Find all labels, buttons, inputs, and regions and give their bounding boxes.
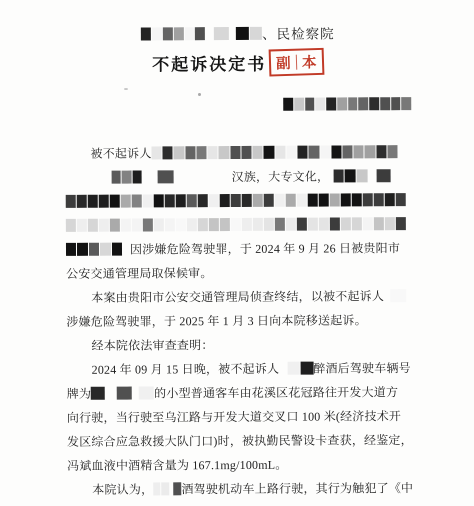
facts-line-1: 2024 年 09 月 15 日晚，被不起诉人醉酒后驾驶车辆号 [67, 355, 413, 381]
spacer [367, 175, 376, 176]
redaction-block [66, 217, 406, 232]
redaction-block [66, 242, 122, 255]
redacted-line-2 [66, 211, 412, 237]
bail-line: 公安交通管理局取保候审。 [66, 259, 412, 285]
title-line: 不起诉决定书 副 本 [65, 48, 411, 77]
transfer-line: 涉嫌危险驾驶罪，于 2025 年 1 月 3 日向本院移送起诉。 [66, 307, 412, 333]
spacer [122, 248, 130, 249]
blank-line [65, 115, 411, 141]
spacer [205, 33, 214, 34]
document-title: 不起诉决定书 [152, 50, 266, 76]
text-segment: 醉酒后驾驶车辆号 [313, 359, 411, 377]
facts-line-4: 发区综合应急救援大队门口)时，被执勤民警设卡查获，经鉴定， [67, 427, 413, 453]
spacer [142, 176, 158, 177]
facts-line-5: 冯斌血液中酒精含量为 167.1mg/100mL。 [67, 451, 413, 477]
stamp-char-right: 本 [302, 51, 317, 72]
text-segment: 向行驶，当行驶至乌江路与开发大道交叉口 100 米(经济技术开 [67, 407, 401, 426]
text-segment: 的小型普通客车由花溪区花冠路往开发大道方 [154, 383, 398, 401]
text-segment: 本院认为， [92, 480, 153, 497]
spacer [132, 392, 139, 393]
text-segment: 被不起诉人 [90, 144, 151, 161]
redaction-block [283, 97, 411, 111]
redaction-block [141, 27, 205, 40]
procuratorate-name-segments: 、民检察院 [141, 22, 335, 43]
spacer [279, 367, 287, 368]
text-segment: 公安交通管理局取保候审。 [66, 264, 212, 282]
redaction-block [139, 386, 154, 399]
spacer [105, 392, 117, 393]
redaction-block [287, 361, 313, 374]
text-segment: 酒驾驶机动车上路行驶，其行为触犯了《中 [181, 479, 413, 497]
stamp-divider [296, 55, 298, 70]
redaction-block [376, 169, 390, 182]
redaction-block [151, 145, 397, 159]
text-segment: 、民检察院 [262, 22, 335, 42]
case-origin-line: 本案由贵阳市公安交通管理局侦查终结，以被不起诉人 [66, 283, 412, 309]
redaction-block [173, 482, 182, 495]
text-segment: 因涉嫌危险驾驶罪，于 2024 年 9 月 26 日被贵阳市 [130, 239, 400, 257]
redaction-block [91, 386, 105, 399]
redaction-block [390, 289, 406, 302]
defendant-info-line: 汉族，大专文化， [66, 163, 412, 189]
redacted-line-1 [66, 187, 412, 213]
spacer [174, 176, 232, 177]
text-segment: 牌为 [67, 384, 91, 401]
redaction-block [158, 170, 174, 183]
document: 、民检察院 不起诉决定书 副 本 被不起诉人汉族，大专文化，因涉嫌危险驾驶罪，于… [0, 0, 474, 501]
procuratorate-header-line: 、民检察院 [65, 21, 411, 45]
text-segment: 冯斌血液中酒精含量为 167.1mg/100mL。 [67, 455, 287, 473]
scanned-document-page: 、民检察院 不起诉决定书 副 本 被不起诉人汉族，大专文化，因涉嫌危险驾驶罪，于… [0, 0, 474, 506]
facts-line-2: 牌为的小型普通客车由花溪区花冠路往开发大道方 [67, 379, 413, 405]
charge-line: 因涉嫌危险驾驶罪，于 2024 年 9 月 26 日被贵阳市 [66, 235, 412, 261]
spacer [229, 33, 236, 34]
text-segment: 汉族，大专文化， [232, 167, 330, 185]
redaction-block [66, 193, 406, 208]
doc-number-redacted-line [65, 91, 411, 117]
text-segment: 2024 年 09 月 15 日晚，被不起诉人 [92, 359, 280, 377]
text-segment: 经本院依法审查查明： [91, 336, 213, 354]
opinion-line: 本院认为，酒驾驶机动车上路行驶，其行为触犯了《中 [67, 475, 413, 501]
text-segment: 发区综合应急救援大队门口)时，被执勤民警设卡查获，经鉴定， [67, 431, 413, 450]
redaction-block [112, 170, 142, 183]
document-body: 被不起诉人汉族，大专文化，因涉嫌危险驾驶罪，于 2024 年 9 月 26 日被… [65, 91, 413, 501]
redaction-block [236, 26, 262, 39]
defendant-line: 被不起诉人 [65, 139, 411, 165]
redaction-block [333, 169, 367, 182]
redaction-block [153, 482, 169, 495]
review-line: 经本院依法审查查明： [66, 331, 412, 357]
spacer [66, 176, 112, 177]
text-segment: 本案由贵阳市公安交通管理局侦查终结，以被不起诉人 [91, 287, 384, 306]
redaction-block [117, 386, 132, 399]
stamp-char-left: 副 [276, 52, 291, 73]
text-segment: 涉嫌危险驾驶罪，于 2025 年 1 月 3 日向本院移送起诉。 [66, 311, 366, 330]
copy-stamp: 副 本 [269, 48, 324, 77]
facts-line-3: 向行驶，当行驶至乌江路与开发大道交叉口 100 米(经济技术开 [67, 403, 413, 429]
redaction-block [214, 27, 229, 40]
